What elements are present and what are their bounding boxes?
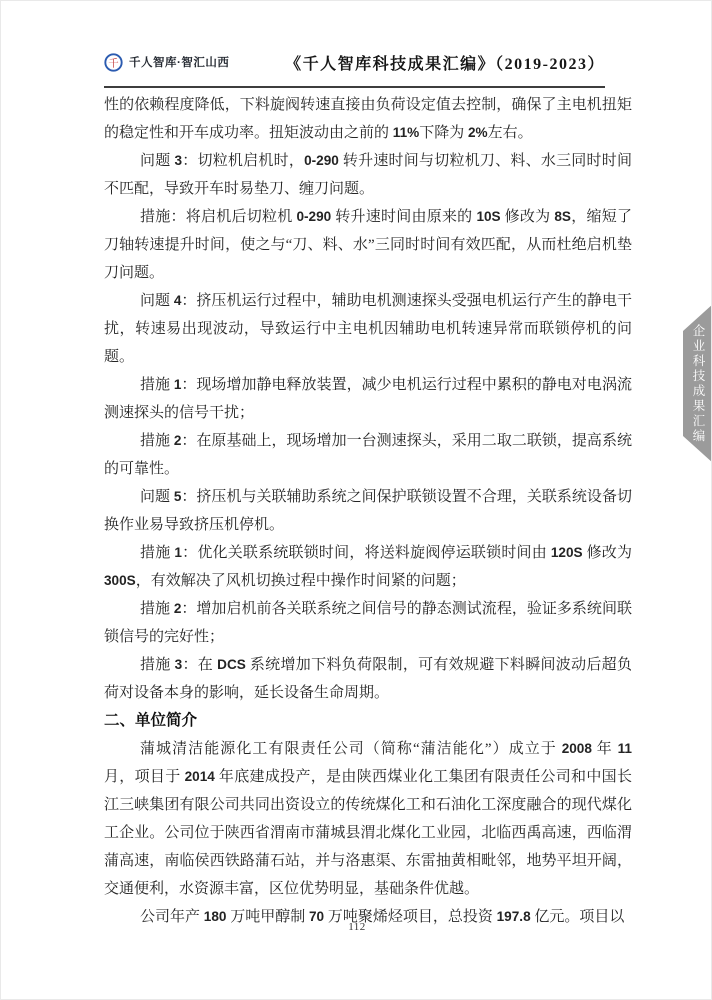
page-header-title: 《千人智库科技成果汇编》（2019-2023） [285,51,605,74]
paragraph: 措施 3：在 DCS 系统增加下料负荷限制，可有效规避下料瞬间波动后超负荷对设备… [104,651,632,707]
side-tab-label: 企业科技成果汇编 [689,324,707,444]
section-heading: 二、单位简介 [104,707,632,735]
brand-logo-icon: 千 [104,53,123,72]
brand-name: 千人智库·智汇山西 [129,54,229,70]
paragraph: 蒲城清洁能源化工有限责任公司（简称“蒲洁能化”）成立于 2008 年 11 月，… [104,735,632,903]
paragraph: 措施 2：在原基础上，现场增加一台测速探头，采用二取二联锁，提高系统的可靠性。 [104,427,632,483]
paragraph: 问题 3：切粒机启机时，0-290 转升速时间与切粒机刀、料、水三同时时间不匹配… [104,147,632,203]
paragraph: 性的依赖程度降低，下料旋阀转速直接由负荷设定值去控制，确保了主电机扭矩的稳定性和… [104,91,632,147]
paragraph: 措施 1：优化关联系统联锁时间，将送料旋阀停运联锁时间由 120S 修改为 30… [104,539,632,595]
paragraph: 措施：将启机后切粒机 0-290 转升速时间由原来的 10S 修改为 8S，缩短… [104,203,632,287]
paragraph: 措施 1：现场增加静电释放装置，减少电机运行过程中累积的静电对电涡流测速探头的信… [104,371,632,427]
paragraph: 措施 2：增加启机前各关联系统之间信号的静态测试流程，验证多系统间联锁信号的完好… [104,595,632,651]
header-divider [104,86,605,88]
page-footer: 112 [1,917,712,935]
svg-text:千: 千 [108,57,118,69]
document-page: 千 千人智库·智汇山西 《千人智库科技成果汇编》（2019-2023） 性的依赖… [0,0,712,1000]
side-tab-enterprise-achievements: 企业科技成果汇编 [683,304,712,463]
paragraph: 问题 4：挤压机运行过程中，辅助电机测速探头受强电机运行产生的静电干扰，转速易出… [104,287,632,371]
brand: 千 千人智库·智汇山西 [104,53,229,72]
paragraph: 问题 5：挤压机与关联辅助系统之间保护联锁设置不合理，关联系统设备切换作业易导致… [104,483,632,539]
page-number: 112 [348,921,366,933]
document-body: 性的依赖程度降低，下料旋阀转速直接由负荷设定值去控制，确保了主电机扭矩的稳定性和… [104,91,632,931]
page-header: 千 千人智库·智汇山西 《千人智库科技成果汇编》（2019-2023） [104,45,605,79]
